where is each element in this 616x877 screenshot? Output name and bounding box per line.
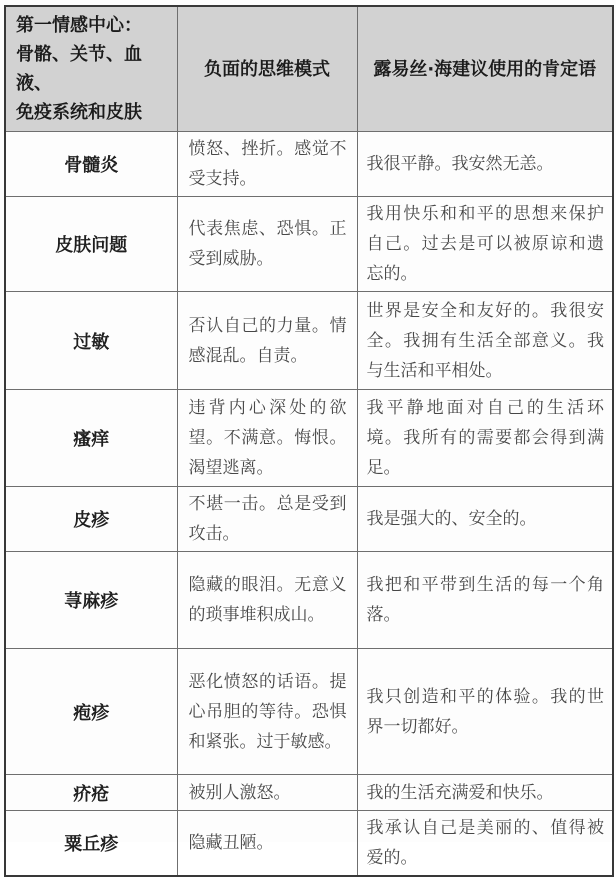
table-row: 过敏 否认自己的力量。情感混乱。自责。 世界是安全和友好的。我很安全。我拥有生活… (5, 292, 613, 390)
header-line-2: 骨骼、关节、血液、 (16, 40, 171, 98)
affirmation-cell: 我用快乐和和平的思想来保护自己。过去是可以被原谅和遗忘的。 (357, 197, 613, 292)
condition-cell: 荨麻疹 (5, 552, 177, 649)
header-row: 第一情感中心： 骨骼、关节、血液、 免疫系统和皮肤 负面的思维模式 露易丝·海建… (5, 6, 613, 132)
table-row: 骨髓炎 愤怒、挫折。感觉不受支持。 我很平静。我安然无恙。 (5, 132, 613, 197)
condition-cell: 皮疹 (5, 487, 177, 552)
condition-cell: 疥疮 (5, 775, 177, 811)
table-row: 粟丘疹 隐藏丑陋。 我承认自己是美丽的、值得被爱的。 (5, 811, 613, 877)
affirmation-cell: 我平静地面对自己的生活环境。我所有的需要都会得到满足。 (357, 390, 613, 487)
header-cell-emotion-center: 第一情感中心： 骨骼、关节、血液、 免疫系统和皮肤 (5, 6, 177, 132)
scanned-book-page: 第一情感中心： 骨骼、关节、血液、 免疫系统和皮肤 负面的思维模式 露易丝·海建… (0, 0, 616, 842)
affirmation-cell: 我的生活充满爱和快乐。 (357, 775, 613, 811)
header-cell-affirmations: 露易丝·海建议使用的肯定语 (357, 6, 613, 132)
table-row: 皮肤问题 代表焦虑、恐惧。正受到威胁。 我用快乐和和平的思想来保护自己。过去是可… (5, 197, 613, 292)
negative-pattern-cell: 否认自己的力量。情感混乱。自责。 (177, 292, 357, 390)
negative-pattern-cell: 愤怒、挫折。感觉不受支持。 (177, 132, 357, 197)
affirmation-cell: 我承认自己是美丽的、值得被爱的。 (357, 811, 613, 877)
header-cell-negative-patterns: 负面的思维模式 (177, 6, 357, 132)
table-row: 荨麻疹 隐藏的眼泪。无意义的琐事堆积成山。 我把和平带到生活的每一个角落。 (5, 552, 613, 649)
header-line-3: 免疫系统和皮肤 (16, 98, 171, 127)
table-header: 第一情感中心： 骨骼、关节、血液、 免疫系统和皮肤 负面的思维模式 露易丝·海建… (5, 6, 613, 132)
affirmation-cell: 我把和平带到生活的每一个角落。 (357, 552, 613, 649)
negative-pattern-cell: 恶化愤怒的话语。提心吊胆的等待。恐惧和紧张。过于敏感。 (177, 649, 357, 775)
negative-pattern-cell: 隐藏丑陋。 (177, 811, 357, 877)
condition-cell: 过敏 (5, 292, 177, 390)
table-row: 皮疹 不堪一击。总是受到攻击。 我是强大的、安全的。 (5, 487, 613, 552)
condition-cell: 皮肤问题 (5, 197, 177, 292)
condition-cell: 粟丘疹 (5, 811, 177, 877)
table-row: 瘙痒 违背内心深处的欲望。不满意。悔恨。渴望逃离。 我平静地面对自己的生活环境。… (5, 390, 613, 487)
table-row: 疱疹 恶化愤怒的话语。提心吊胆的等待。恐惧和紧张。过于敏感。 我只创造和平的体验… (5, 649, 613, 775)
affirmation-cell: 我是强大的、安全的。 (357, 487, 613, 552)
negative-pattern-cell: 违背内心深处的欲望。不满意。悔恨。渴望逃离。 (177, 390, 357, 487)
negative-pattern-cell: 被别人激怒。 (177, 775, 357, 811)
affirmation-cell: 世界是安全和友好的。我很安全。我拥有生活全部意义。我与生活和平相处。 (357, 292, 613, 390)
table-body: 骨髓炎 愤怒、挫折。感觉不受支持。 我很平静。我安然无恙。 皮肤问题 代表焦虑、… (5, 132, 613, 877)
negative-pattern-cell: 不堪一击。总是受到攻击。 (177, 487, 357, 552)
condition-cell: 骨髓炎 (5, 132, 177, 197)
affirmation-cell: 我很平静。我安然无恙。 (357, 132, 613, 197)
negative-pattern-cell: 代表焦虑、恐惧。正受到威胁。 (177, 197, 357, 292)
condition-cell: 疱疹 (5, 649, 177, 775)
affirmation-cell: 我只创造和平的体验。我的世界一切都好。 (357, 649, 613, 775)
table-row: 疥疮 被别人激怒。 我的生活充满爱和快乐。 (5, 775, 613, 811)
condition-cell: 瘙痒 (5, 390, 177, 487)
header-line-1: 第一情感中心： (16, 11, 171, 40)
emotion-center-table: 第一情感中心： 骨骼、关节、血液、 免疫系统和皮肤 负面的思维模式 露易丝·海建… (4, 5, 614, 877)
negative-pattern-cell: 隐藏的眼泪。无意义的琐事堆积成山。 (177, 552, 357, 649)
